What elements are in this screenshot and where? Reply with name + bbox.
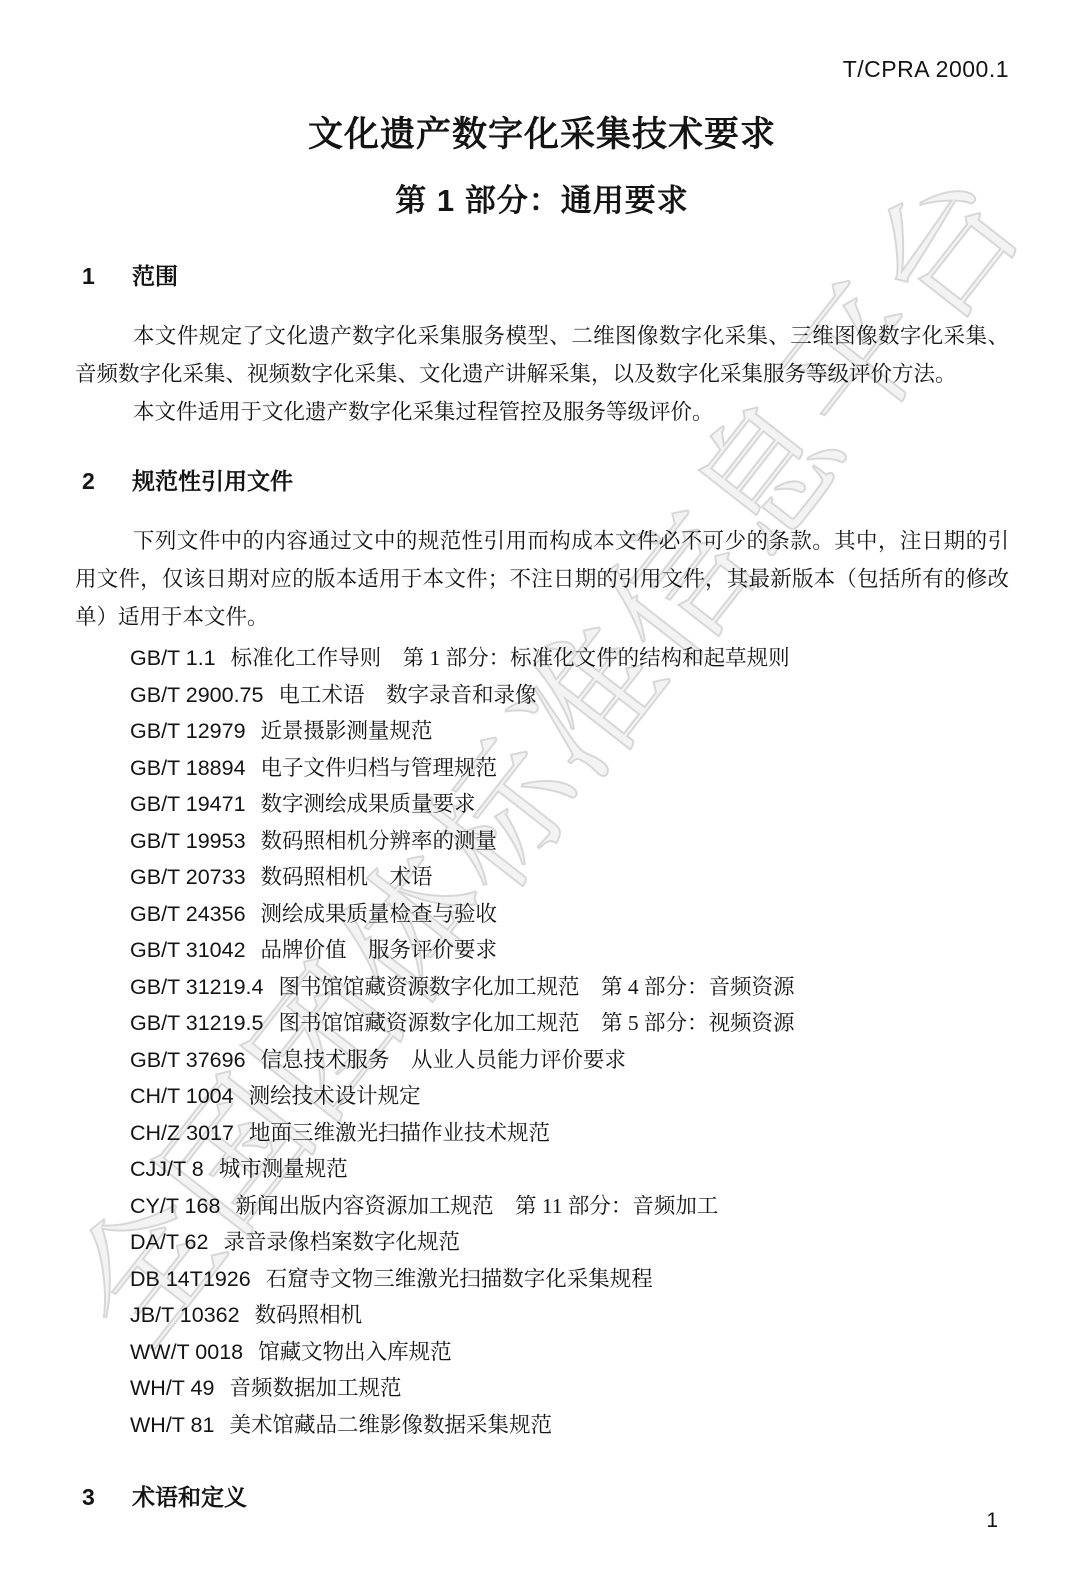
reference-code: GB/T 18894	[130, 756, 246, 780]
reference-title: 测绘成果质量检查与验收	[261, 902, 498, 926]
reference-title: 馆藏文物出入库规范	[258, 1340, 452, 1364]
section-2-title: 规范性引用文件	[132, 463, 293, 496]
reference-title: 标准化工作导则 第 1 部分：标准化文件的结构和起草规则	[231, 646, 790, 670]
reference-item: GB/T 20733数码照相机 术语	[75, 859, 1009, 896]
reference-code: CH/T 1004	[130, 1084, 234, 1108]
reference-code: DB 14T1926	[130, 1267, 251, 1291]
section-1-title: 范围	[132, 258, 178, 291]
reference-item: GB/T 31219.4图书馆馆藏资源数字化加工规范 第 4 部分：音频资源	[75, 969, 1009, 1006]
reference-title: 数码照相机 术语	[261, 865, 433, 889]
reference-code: GB/T 2900.75	[130, 683, 263, 707]
reference-code: DA/T 62	[130, 1230, 208, 1254]
reference-title: 石窟寺文物三维激光扫描数字化采集规程	[266, 1267, 653, 1291]
reference-title: 数码照相机	[255, 1303, 363, 1327]
reference-title: 录音录像档案数字化规范	[223, 1230, 460, 1254]
reference-code: WW/T 0018	[130, 1340, 243, 1364]
reference-title: 近景摄影测量规范	[261, 719, 433, 743]
reference-item: WH/T 49音频数据加工规范	[75, 1370, 1009, 1407]
reference-title: 测绘技术设计规定	[249, 1084, 421, 1108]
reference-item: GB/T 37696信息技术服务 从业人员能力评价要求	[75, 1042, 1009, 1079]
reference-code: GB/T 12979	[130, 719, 246, 743]
reference-code: GB/T 24356	[130, 902, 246, 926]
section-2-heading: 2 规范性引用文件	[75, 463, 1009, 496]
reference-title: 音频数据加工规范	[229, 1376, 401, 1400]
reference-item: GB/T 1.1标准化工作导则 第 1 部分：标准化文件的结构和起草规则	[75, 640, 1009, 677]
reference-item: GB/T 19471数字测绘成果质量要求	[75, 786, 1009, 823]
document-page: 全国团体标准信息平台 T/CPRA 2000.1 文化遗产数字化采集技术要求 第…	[0, 0, 1080, 1595]
reference-title: 数码照相机分辨率的测量	[261, 829, 498, 853]
reference-item: WW/T 0018馆藏文物出入库规范	[75, 1334, 1009, 1371]
reference-title: 电工术语 数字录音和录像	[278, 683, 536, 707]
reference-title: 新闻出版内容资源加工规范 第 11 部分：音频加工	[235, 1194, 718, 1218]
reference-item: CJJ/T 8城市测量规范	[75, 1151, 1009, 1188]
reference-code: JB/T 10362	[130, 1303, 240, 1327]
reference-code: CH/Z 3017	[130, 1121, 234, 1145]
normative-references-list: GB/T 1.1标准化工作导则 第 1 部分：标准化文件的结构和起草规则 GB/…	[75, 640, 1009, 1443]
reference-title: 地面三维激光扫描作业技术规范	[249, 1121, 550, 1145]
reference-title: 美术馆藏品二维影像数据采集规范	[229, 1413, 552, 1437]
reference-code: CJJ/T 8	[130, 1157, 204, 1181]
reference-title: 图书馆馆藏资源数字化加工规范 第 5 部分：视频资源	[278, 1011, 794, 1035]
reference-item: GB/T 24356测绘成果质量检查与验收	[75, 896, 1009, 933]
document-title: 文化遗产数字化采集技术要求	[75, 107, 1009, 157]
reference-item: GB/T 31219.5图书馆馆藏资源数字化加工规范 第 5 部分：视频资源	[75, 1005, 1009, 1042]
reference-code: GB/T 31219.5	[130, 1011, 263, 1035]
reference-code: GB/T 20733	[130, 865, 246, 889]
section-3-title: 术语和定义	[132, 1479, 247, 1512]
reference-code: GB/T 37696	[130, 1048, 246, 1072]
section-1-paragraph-1: 本文件规定了文化遗产数字化采集服务模型、二维图像数字化采集、三维图像数字化采集、…	[75, 317, 1009, 393]
reference-item: JB/T 10362数码照相机	[75, 1297, 1009, 1334]
reference-code: WH/T 49	[130, 1376, 214, 1400]
reference-code: GB/T 1.1	[130, 646, 216, 670]
reference-item: GB/T 19953数码照相机分辨率的测量	[75, 823, 1009, 860]
reference-item: CH/Z 3017地面三维激光扫描作业技术规范	[75, 1115, 1009, 1152]
reference-title: 图书馆馆藏资源数字化加工规范 第 4 部分：音频资源	[278, 975, 794, 999]
reference-item: DB 14T1926石窟寺文物三维激光扫描数字化采集规程	[75, 1261, 1009, 1298]
document-subtitle: 第 1 部分：通用要求	[75, 175, 1009, 220]
reference-title: 城市测量规范	[219, 1157, 348, 1181]
section-3-heading: 3 术语和定义	[75, 1479, 1009, 1512]
reference-code: GB/T 31042	[130, 938, 246, 962]
section-2-number: 2	[82, 468, 132, 495]
reference-title: 数字测绘成果质量要求	[261, 792, 476, 816]
reference-title: 电子文件归档与管理规范	[261, 756, 498, 780]
reference-item: CY/T 168新闻出版内容资源加工规范 第 11 部分：音频加工	[75, 1188, 1009, 1225]
reference-code: GB/T 19471	[130, 792, 246, 816]
section-2-paragraph-1: 下列文件中的内容通过文中的规范性引用而构成本文件必不可少的条款。其中，注日期的引…	[75, 522, 1009, 636]
reference-code: GB/T 19953	[130, 829, 246, 853]
section-1-number: 1	[82, 263, 132, 290]
reference-code: WH/T 81	[130, 1413, 214, 1437]
standard-code: T/CPRA 2000.1	[75, 56, 1009, 83]
page-content: T/CPRA 2000.1 文化遗产数字化采集技术要求 第 1 部分：通用要求 …	[0, 0, 1080, 1512]
section-1-heading: 1 范围	[75, 258, 1009, 291]
reference-item: GB/T 18894电子文件归档与管理规范	[75, 750, 1009, 787]
reference-title: 信息技术服务 从业人员能力评价要求	[261, 1048, 627, 1072]
section-3-number: 3	[82, 1484, 132, 1511]
reference-item: CH/T 1004测绘技术设计规定	[75, 1078, 1009, 1115]
reference-title: 品牌价值 服务评价要求	[261, 938, 498, 962]
page-number: 1	[986, 1509, 998, 1533]
reference-item: GB/T 31042品牌价值 服务评价要求	[75, 932, 1009, 969]
reference-item: DA/T 62录音录像档案数字化规范	[75, 1224, 1009, 1261]
reference-item: GB/T 12979近景摄影测量规范	[75, 713, 1009, 750]
reference-code: GB/T 31219.4	[130, 975, 263, 999]
section-1-paragraph-2: 本文件适用于文化遗产数字化采集过程管控及服务等级评价。	[75, 393, 1009, 431]
reference-item: WH/T 81美术馆藏品二维影像数据采集规范	[75, 1407, 1009, 1444]
reference-code: CY/T 168	[130, 1194, 220, 1218]
reference-item: GB/T 2900.75电工术语 数字录音和录像	[75, 677, 1009, 714]
